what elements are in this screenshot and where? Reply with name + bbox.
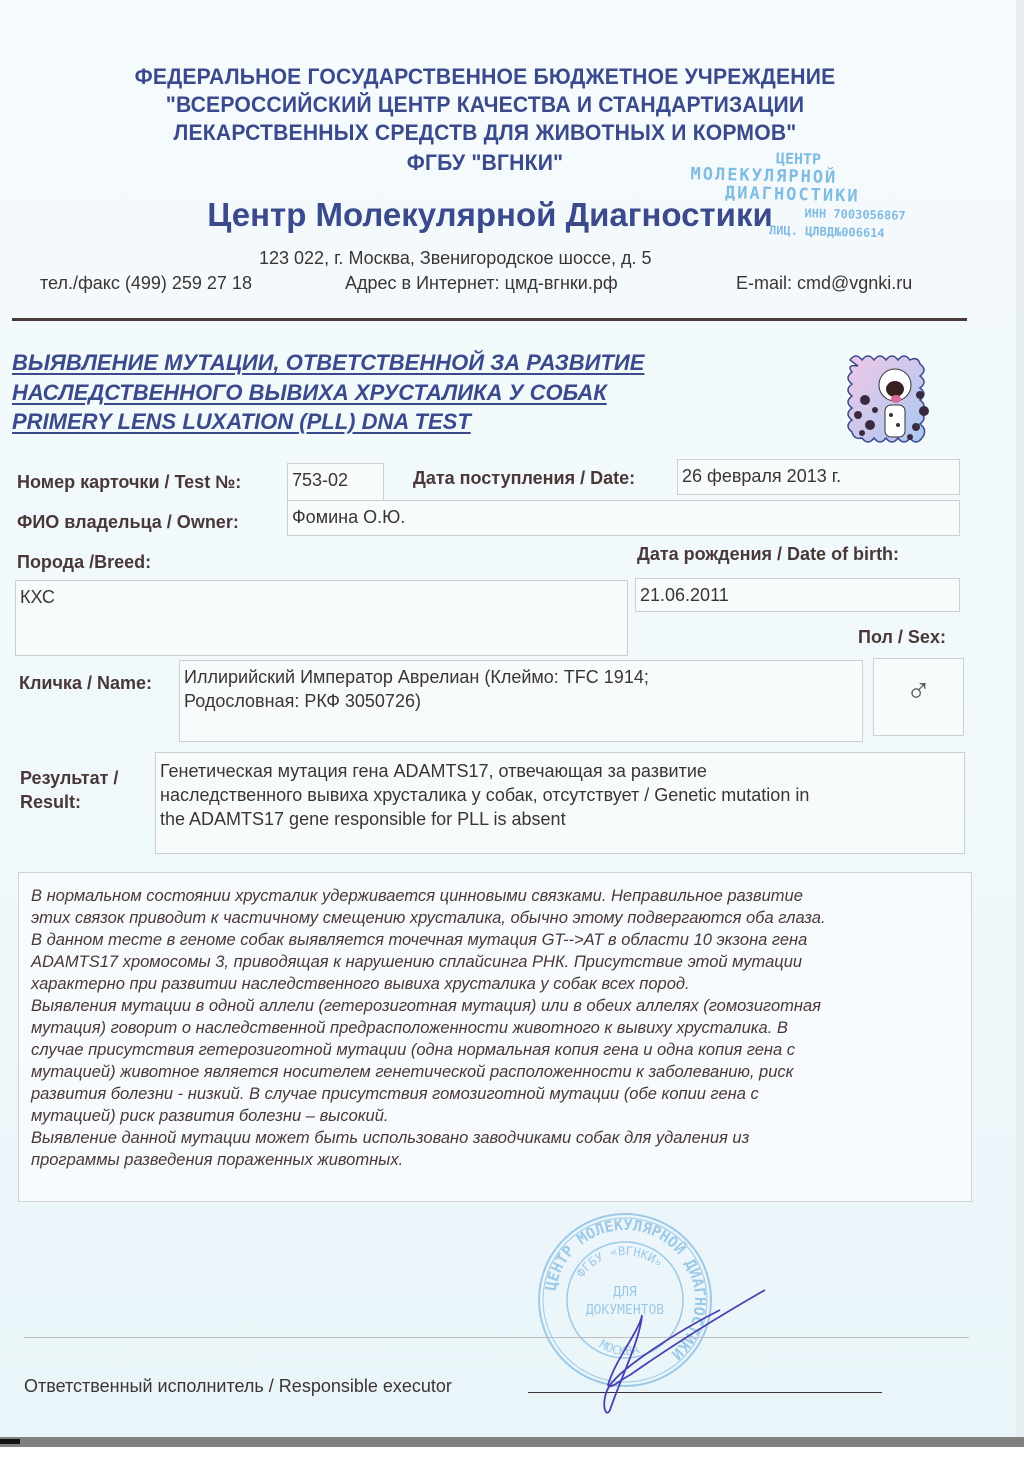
executor-label: Ответственный исполнитель / Responsible … bbox=[24, 1376, 452, 1397]
name-value-line-1: Иллирийский Император Аврелиан (Клеймо: … bbox=[184, 665, 858, 689]
breed-label: Порода /Breed: bbox=[17, 552, 151, 573]
info-line: программы разведения пораженных животных… bbox=[31, 1149, 959, 1171]
org-name-line-1: ФЕДЕРАЛЬНОЕ ГОСУДАРСТВЕННОЕ БЮДЖЕТНОЕ УЧ… bbox=[19, 64, 950, 90]
address: 123 022, г. Москва, Звенигородское шоссе… bbox=[259, 248, 652, 269]
birth-label: Дата рождения / Date of birth: bbox=[637, 544, 899, 565]
info-line: В данном тесте в геноме собак выявляется… bbox=[31, 929, 959, 951]
test-no-label: Номер карточки / Test №: bbox=[17, 472, 241, 493]
website: Адрес в Интернет: цмд-вгнки.рф bbox=[345, 273, 618, 294]
test-no-field[interactable]: 753-02 bbox=[287, 463, 384, 501]
phone: тел./факс (499) 259 27 18 bbox=[40, 273, 252, 294]
scan-bottom-bar bbox=[0, 1437, 1024, 1447]
result-line: Генетическая мутация гена ADAMTS17, отве… bbox=[160, 759, 960, 783]
info-line: мутация) говорит о наследственной предра… bbox=[31, 1017, 959, 1039]
info-line: случае присутствия гетерозиготной мутаци… bbox=[31, 1039, 959, 1061]
birth-field[interactable]: 21.06.2011 bbox=[635, 578, 960, 612]
svg-text:ФГБУ «ВГНКИ»: ФГБУ «ВГНКИ» bbox=[574, 1244, 665, 1280]
info-line: Выявления мутации в одной аллели (гетеро… bbox=[31, 995, 959, 1017]
result-label-line-1: Результат / bbox=[20, 766, 118, 790]
name-label: Кличка / Name: bbox=[19, 673, 152, 694]
header-divider bbox=[12, 318, 967, 321]
breed-field[interactable]: КХС bbox=[15, 580, 628, 656]
info-line: развития болезни - низкий. В случае прис… bbox=[31, 1083, 959, 1105]
sex-field[interactable]: ♂ bbox=[873, 658, 964, 736]
org-name-line-3: ЛЕКАРСТВЕННЫХ СРЕДСТВ ДЛЯ ЖИВОТНЫХ И КОР… bbox=[19, 120, 950, 146]
signature-icon bbox=[580, 1280, 780, 1420]
info-line: мутацией) животное является носителем ге… bbox=[31, 1061, 959, 1083]
info-line: этих связок приводит к частичному смещен… bbox=[31, 907, 959, 929]
name-value-line-2: Родословная: РКФ 3050726) bbox=[184, 689, 858, 713]
test-title-line-1: ВЫЯВЛЕНИЕ МУТАЦИИ, ОТВЕТСТВЕННОЙ ЗА РАЗВ… bbox=[12, 350, 644, 376]
dalmatian-logo-icon bbox=[840, 345, 940, 455]
result-label: Результат / Result: bbox=[20, 766, 118, 814]
info-line: характерно при развитии наследственного … bbox=[31, 973, 959, 995]
blank-margin bbox=[0, 1447, 1024, 1466]
owner-field[interactable]: Фомина О.Ю. bbox=[287, 500, 960, 536]
org-name-line-2: "ВСЕРОССИЙСКИЙ ЦЕНТР КАЧЕСТВА И СТАНДАРТ… bbox=[19, 92, 950, 118]
test-title-line-2: НАСЛЕДСТВЕННОГО ВЫВИХА ХРУСТАЛИКА У СОБА… bbox=[12, 380, 607, 406]
name-field[interactable]: Иллирийский Император Аврелиан (Клеймо: … bbox=[179, 660, 863, 742]
test-title-line-3: PRIMERY LENS LUXATION (PLL) DNA TEST bbox=[12, 409, 471, 435]
result-line: наследственного вывиха хрусталика у соба… bbox=[160, 783, 960, 807]
scan-edge bbox=[1016, 0, 1024, 1440]
result-label-line-2: Result: bbox=[20, 790, 118, 814]
sex-label: Пол / Sex: bbox=[858, 627, 946, 648]
result-line: the ADAMTS17 gene responsible for PLL is… bbox=[160, 807, 960, 831]
info-line: ADAMTS17 хромосомы 3, приводящая к наруш… bbox=[31, 951, 959, 973]
owner-label: ФИО владельца / Owner: bbox=[17, 512, 239, 533]
info-line: В нормальном состоянии хрусталик удержив… bbox=[31, 885, 959, 907]
document-page: ФЕДЕРАЛЬНОЕ ГОСУДАРСТВЕННОЕ БЮДЖЕТНОЕ УЧ… bbox=[0, 0, 1024, 1440]
email: E-mail: cmd@vgnki.ru bbox=[736, 273, 912, 294]
result-field[interactable]: Генетическая мутация гена ADAMTS17, отве… bbox=[155, 752, 965, 854]
date-field[interactable]: 26 февраля 2013 г. bbox=[677, 459, 960, 495]
info-line: мутацией) риск развития болезни – высоки… bbox=[31, 1105, 959, 1127]
info-line: Выявление данной мутации может быть испо… bbox=[31, 1127, 959, 1149]
footer-divider bbox=[24, 1337, 969, 1338]
date-label: Дата поступления / Date: bbox=[413, 468, 635, 489]
info-text-box: В нормальном состоянии хрусталик удержив… bbox=[18, 872, 972, 1202]
center-name: Центр Молекулярной Диагностики bbox=[0, 196, 980, 234]
male-symbol-icon: ♂ bbox=[906, 672, 932, 710]
